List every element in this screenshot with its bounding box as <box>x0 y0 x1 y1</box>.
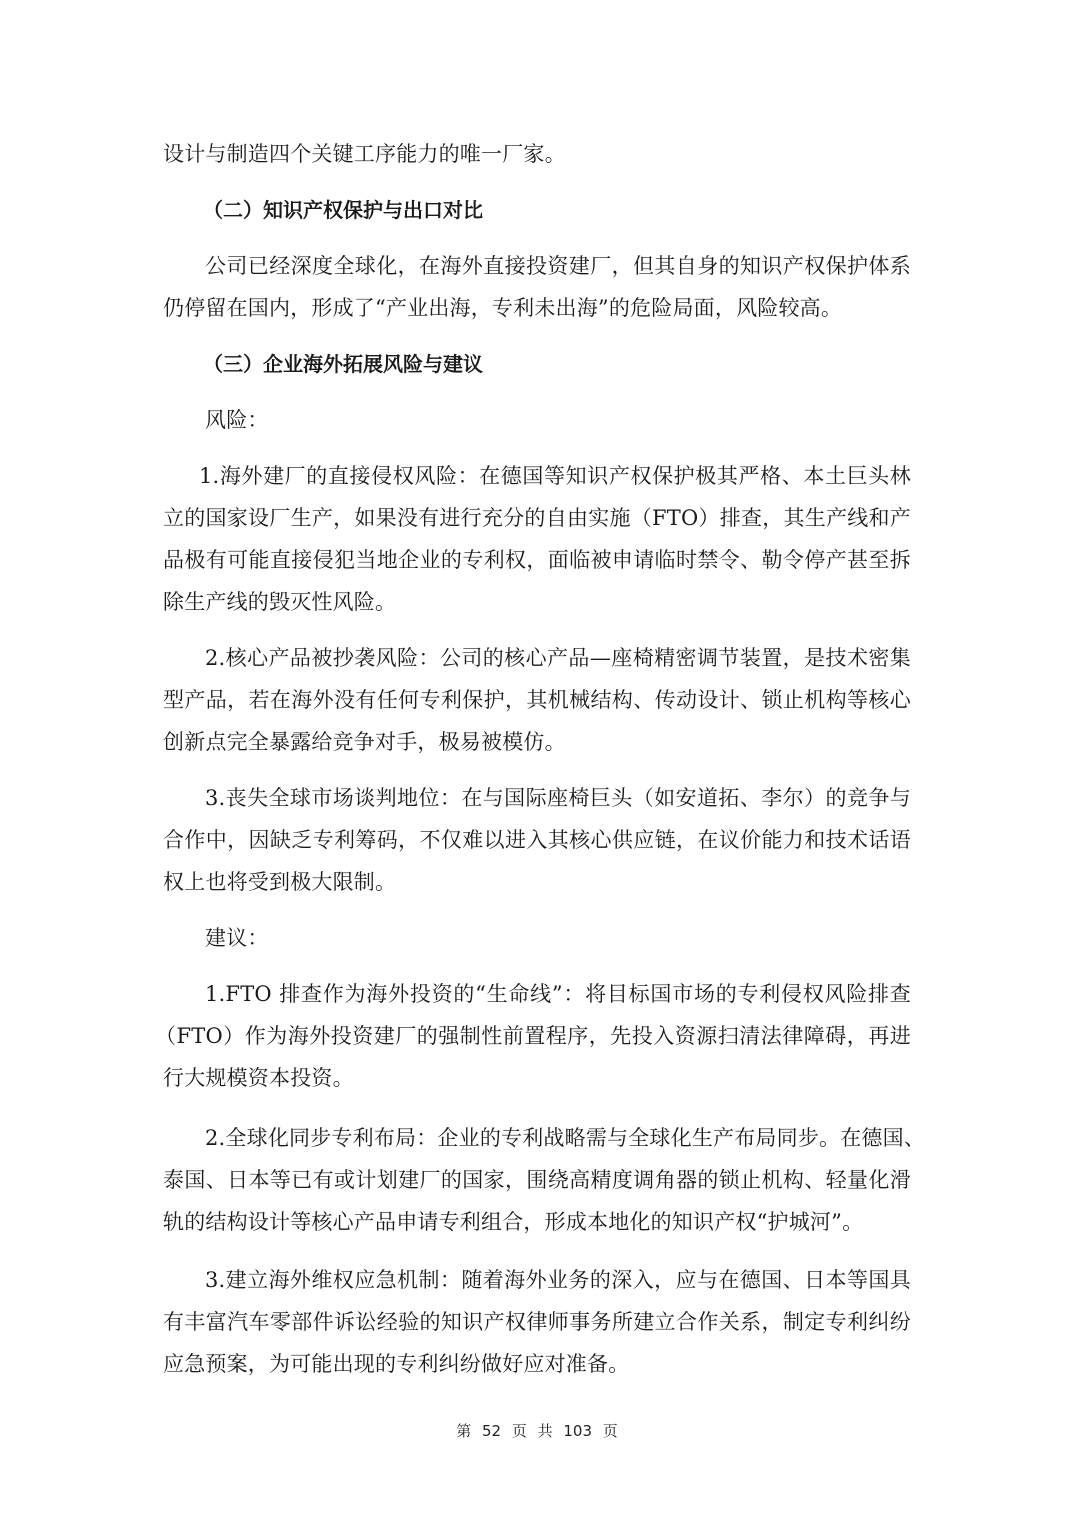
paragraph-line: 除生产线的毁灭性风险。 <box>163 588 396 616</box>
page-number-footer: 第 52 页 共 103 页 <box>0 1420 1074 1441</box>
paragraph-line: 1.海外建厂的直接侵权风险：在德国等知识产权保护极其严格、本土巨头林 <box>163 462 911 490</box>
paragraph-line: 泰国、日本等已有或计划建厂的国家，围绕高精度调角器的锁止机构、轻量化滑 <box>163 1166 911 1194</box>
paragraph-line: 3.建立海外维权应急机制：随着海外业务的深入，应与在德国、日本等国具 <box>163 1266 911 1294</box>
paragraph-line: 型产品，若在海外没有任何专利保护，其机械结构、传动设计、锁止机构等核心 <box>163 686 911 714</box>
paragraph-line: 设计与制造四个关键工序能力的唯一厂家。 <box>163 140 566 168</box>
paragraph-line: 公司已经深度全球化，在海外直接投资建厂，但其自身的知识产权保护体系 <box>163 252 911 280</box>
paragraph-line: （FTO）作为海外投资建厂的强制性前置程序，先投入资源扫清法律障碍，再进 <box>155 1022 911 1050</box>
paragraph-line: 3.丧失全球市场谈判地位：在与国际座椅巨头（如安道拓、李尔）的竞争与 <box>163 784 911 812</box>
paragraph-line: 创新点完全暴露给竞争对手，极易被模仿。 <box>163 728 566 756</box>
paragraph-line: 2.核心产品被抄袭风险：公司的核心产品—座椅精密调节装置，是技术密集 <box>163 644 911 672</box>
paragraph-line: 合作中，因缺乏专利筹码，不仅难以进入其核心供应链，在议价能力和技术话语 <box>163 826 911 854</box>
paragraph-line: 行大规模资本投资。 <box>163 1064 354 1092</box>
risk-label: 风险： <box>163 406 269 434</box>
paragraph-line: 轨的结构设计等核心产品申请专利组合，形成本地化的知识产权“护城河”。 <box>163 1208 863 1236</box>
suggestion-label: 建议： <box>163 924 269 952</box>
section-heading: （三）企业海外拓展风险与建议 <box>203 350 483 378</box>
paragraph-line: 仍停留在国内，形成了“产业出海，专利未出海”的危险局面，风险较高。 <box>163 294 842 322</box>
paragraph-line: 权上也将受到极大限制。 <box>163 868 396 896</box>
paragraph-line: 立的国家设厂生产，如果没有进行充分的自由实施（FTO）排查，其生产线和产 <box>163 504 911 532</box>
paragraph-line: 应急预案，为可能出现的专利纠纷做好应对准备。 <box>163 1350 629 1378</box>
section-heading: （二）知识产权保护与出口对比 <box>203 196 483 224</box>
paragraph-line: 品极有可能直接侵犯当地企业的专利权，面临被申请临时禁令、勒令停产甚至拆 <box>163 546 911 574</box>
paragraph-line: 2.全球化同步专利布局：企业的专利战略需与全球化生产布局同步。在德国、 <box>163 1124 911 1152</box>
paragraph-line: 1.FTO 排查作为海外投资的“生命线”：将目标国市场的专利侵权风险排查 <box>163 980 911 1008</box>
paragraph-line: 有丰富汽车零部件诉讼经验的知识产权律师事务所建立合作关系，制定专利纠纷 <box>163 1308 911 1336</box>
